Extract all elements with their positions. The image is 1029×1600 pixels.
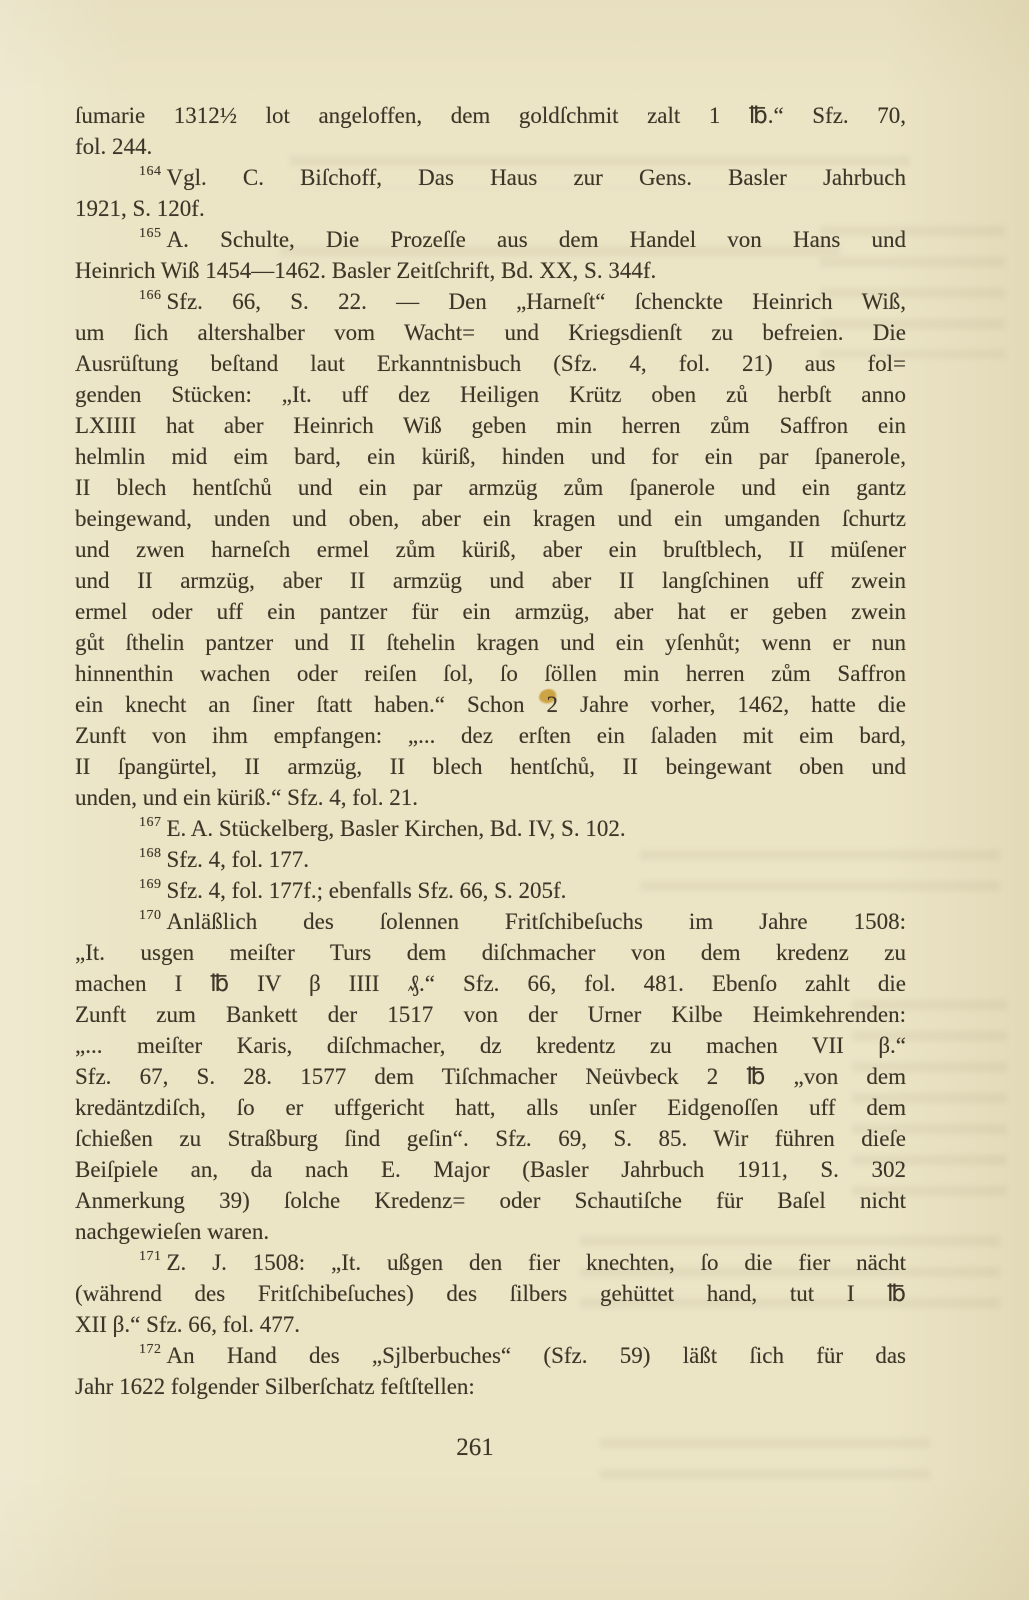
text-line: „... meiſter Karis, diſchmacher, dz kred… (75, 1030, 906, 1061)
footnote-number: 172 (139, 1342, 162, 1357)
text-line: ermel oder uff ein pantzer für ein armzü… (75, 596, 906, 627)
footnote-first-line: 165A. Schulte, Die Prozeſſe aus dem Hand… (75, 224, 906, 255)
text-line: Zunft von ihm empfangen: „... dez erſten… (75, 720, 906, 751)
text-line: kredäntzdiſch, ſo er uffgericht hatt, al… (75, 1092, 906, 1123)
footnote-first-line: 164Vgl. C. Biſchoff, Das Haus zur Gens. … (75, 162, 906, 193)
footnote-number: 168 (139, 846, 162, 861)
text-line: gůt ſthelin pantzer und II ſtehelin krag… (75, 627, 906, 658)
footnote-first-line: 168Sfz. 4, fol. 177. (75, 844, 906, 875)
text-line: und II armzüg, aber II armzüg und aber I… (75, 565, 906, 596)
text-line: machen I ℔ IV β IIII ₰.“ Sfz. 66, fol. 4… (75, 968, 906, 999)
text-line: unden, und ein küriß.“ Sfz. 4, fol. 21. (75, 782, 906, 813)
text-line: Jahr 1622 folgender Silberſchatz feſtſte… (75, 1371, 906, 1402)
text-line: genden Stücken: „It. uff dez Heiligen Kr… (75, 379, 906, 410)
text-line: „It. usgen meiſter Turs dem diſchmacher … (75, 937, 906, 968)
footnote-number: 166 (139, 288, 162, 303)
text-line: ein knecht an ſiner ſtatt haben.“ Schon … (75, 689, 906, 720)
text-line: XII β.“ Sfz. 66, fol. 477. (75, 1309, 906, 1340)
footnote-first-line: 172An Hand des „Sjlberbuches“ (Sfz. 59) … (75, 1340, 906, 1371)
scanned-book-page: ſumarie 1312½ lot angeloffen, dem goldſc… (0, 0, 1029, 1600)
text-line: II ſpangürtel, II armzüg, II blech hentſ… (75, 751, 906, 782)
footnote-first-line: 166Sfz. 66, S. 22. — Den „Harneſt“ ſchen… (75, 286, 906, 317)
footnotes-text-block: ſumarie 1312½ lot angeloffen, dem goldſc… (75, 100, 906, 1402)
footnote-number: 167 (139, 815, 162, 830)
text-line: (während des Fritſchibeſuches) des ſilbe… (75, 1278, 906, 1309)
text-line: um ſich altershalber vom Wacht= und Krie… (75, 317, 906, 348)
text-line: fol. 244. (75, 131, 906, 162)
footnote-first-line: 171Z. J. 1508: „It. ußgen den fier knech… (75, 1247, 906, 1278)
text-line: Heinrich Wiß 1454—1462. Basler Zeitſchri… (75, 255, 906, 286)
text-line: ſchießen zu Straßburg ſind geſin“. Sfz. … (75, 1123, 906, 1154)
page-number: 261 (75, 1432, 875, 1463)
footnote-number: 170 (139, 908, 162, 923)
text-line: II blech hentſchů und ein par armzüg zům… (75, 472, 906, 503)
text-line: Ausrüſtung beſtand laut Erkanntnisbuch (… (75, 348, 906, 379)
footnote-number: 171 (139, 1249, 162, 1264)
text-line: beingewand, unden und oben, aber ein kra… (75, 503, 906, 534)
text-line: und zwen harneſch ermel zům küriß, aber … (75, 534, 906, 565)
text-line: ſumarie 1312½ lot angeloffen, dem goldſc… (75, 100, 906, 131)
footnote-number: 164 (139, 164, 162, 179)
footnote-first-line: 167E. A. Stückelberg, Basler Kirchen, Bd… (75, 813, 906, 844)
footnote-first-line: 170Anläßlich des ſolennen Fritſchibeſuch… (75, 906, 906, 937)
footnote-first-line: 169Sfz. 4, fol. 177f.; ebenfalls Sfz. 66… (75, 875, 906, 906)
footnote-number: 169 (139, 877, 162, 892)
text-line: Beiſpiele an, da nach E. Major (Basler J… (75, 1154, 906, 1185)
text-line: LXIIII hat aber Heinrich Wiß geben min h… (75, 410, 906, 441)
text-line: Sfz. 67, S. 28. 1577 dem Tiſchmacher Neü… (75, 1061, 906, 1092)
footnote-number: 165 (139, 226, 162, 241)
text-line: hinnenthin wachen oder reiſen ſol, ſo ſö… (75, 658, 906, 689)
text-line: nachgewieſen waren. (75, 1216, 906, 1247)
text-line: 1921, S. 120f. (75, 193, 906, 224)
text-line: Zunft zum Bankett der 1517 von der Urner… (75, 999, 906, 1030)
text-line: Anmerkung 39) ſolche Kredenz= oder Schau… (75, 1185, 906, 1216)
text-line: helmlin mid eim bard, ein küriß, hinden … (75, 441, 906, 472)
